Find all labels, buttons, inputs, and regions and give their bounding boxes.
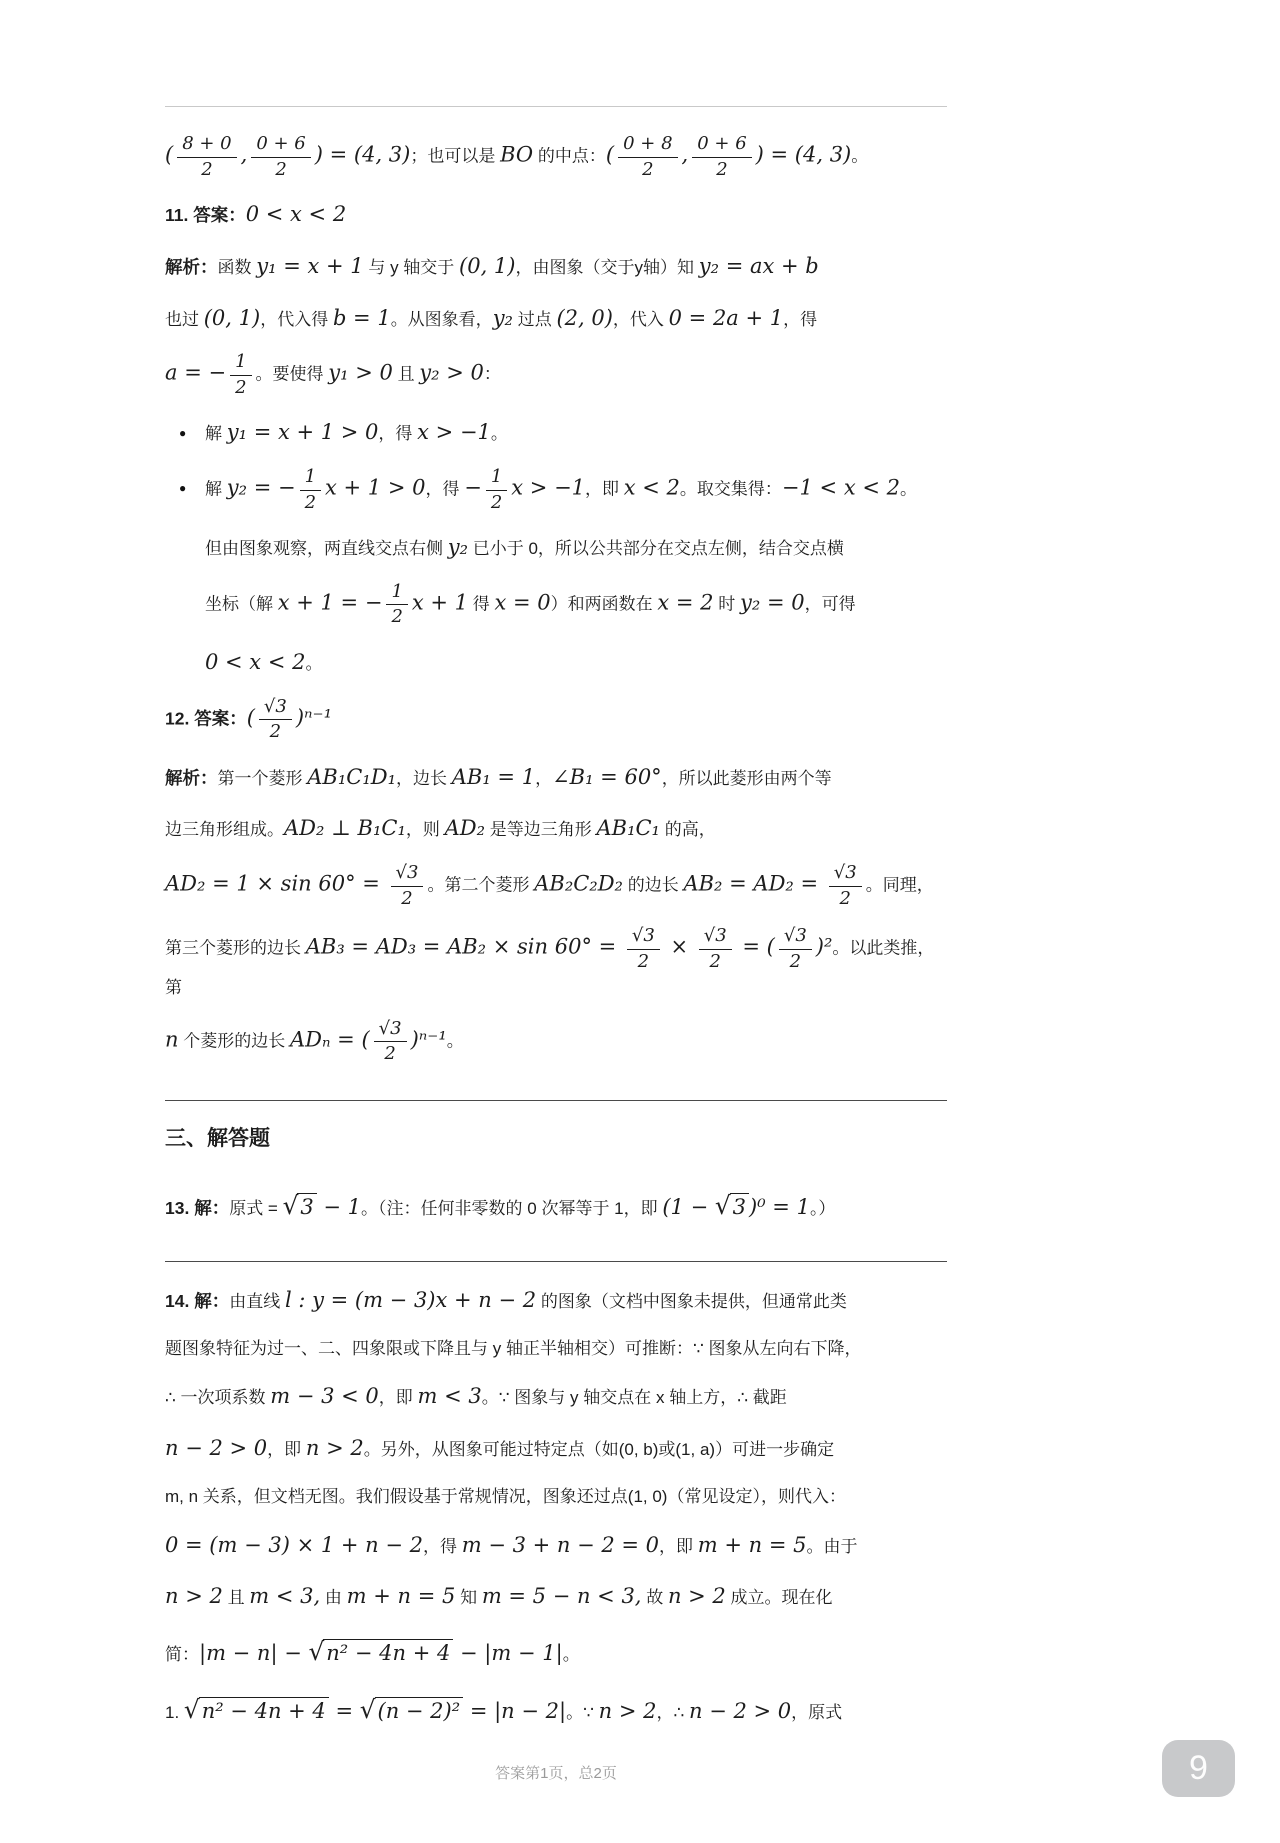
text-run: 解 [205,479,227,498]
math-run: AB₂C₂D₂ [534,871,623,895]
fraction: √32 [259,696,292,744]
document-line: n 个菱形的边长 ADₙ = (√32)ⁿ⁻¹。 [165,1018,947,1066]
radical-icon: √ [379,1018,390,1041]
radical-icon: √ [715,1191,731,1220]
math-run: x < 2 [624,475,680,499]
math-run: m − 3 + n − 2 = 0 [462,1533,659,1557]
text-run: 。由于 [806,1537,857,1556]
fraction: 8 + 02 [177,133,236,181]
math-run: n > 2 [165,1584,223,1608]
math-run: (1 − [662,1195,715,1219]
sqrt-content: 3 [845,862,856,885]
sqrt-content: 3 [730,1193,749,1219]
document-line: 1. √n² − 4n + 4 = √(n − 2)² = |n − 2|。∵ … [165,1688,947,1731]
label-bold: 14. 解： [165,1291,229,1311]
math-run: 0 < x < 2 [205,650,305,674]
text-run: ，得 [425,479,464,498]
radical-icon: √ [834,862,845,885]
document-line: 第三个菱形的边长 AB₃ = AD₃ = AB₂ × sin 60° = √32… [165,925,947,1003]
sqrt-content: n² − 4n + 4 [323,1639,453,1665]
fraction-denominator: 2 [384,1042,395,1066]
document-line: ∴ 一次项系数 m − 3 < 0，即 m < 3。∵ 图象与 y 轴交点在 x… [165,1378,947,1415]
fraction: 12 [300,466,321,514]
text-run: 。 [447,1031,464,1050]
text-run: ，由图象（交于y轴）知 [516,258,699,277]
document-line: AD₂ = 1 × sin 60° = √32。第二个菱形 AB₂C₂D₂ 的边… [165,862,947,910]
text-run: 坐标（解 [205,594,278,613]
fraction: 0 + 82 [618,133,677,181]
fraction: √32 [829,862,862,910]
sqrt-expression: √3 [715,1195,749,1219]
fraction-denominator: 2 [201,158,212,182]
document-line: 解析：第一个菱形 AB₁C₁D₁，边长 AB₁ = 1，∠B₁ = 60°，所以… [165,759,947,796]
fraction: √32 [699,925,732,973]
text-run: 得 [468,594,494,613]
fraction-denominator: 2 [401,887,412,911]
text-run: ，即 [267,1440,306,1459]
math-run: 0 = 2a + 1 [669,306,784,330]
fraction: 12 [486,466,507,514]
text-run: ，代入 [613,310,669,329]
text-run: 个菱形的边长 [179,1031,290,1050]
math-run: AD₂ = 1 × sin 60° = [165,871,387,895]
document-line: ●解 y₁ = x + 1 > 0，得 x > −1。 [165,414,947,451]
sqrt-content: 3 [407,862,418,885]
text-run: ： [484,365,501,384]
text-run: ，即 [585,479,624,498]
fraction-denominator: 2 [840,887,851,911]
sqrt-content: (n − 2)² [375,1697,464,1723]
document-line: 0 = (m − 3) × 1 + n − 2，得 m − 3 + n − 2 … [165,1527,947,1564]
text-run: 函数 [218,258,257,277]
text-run: ，所以此菱形由两个等 [662,769,832,788]
radical-icon: √ [360,1695,376,1724]
text-run: 。 [305,654,322,673]
text-run: 的边长 [623,875,683,894]
math-run: y₁ = x + 1 > 0 [227,420,379,444]
math-run: ADₙ = ( [290,1027,370,1051]
document-line: ●解 y₂ = −12x + 1 > 0，得 −12x > −1，即 x < 2… [165,466,947,514]
fraction-denominator: 2 [235,376,246,400]
document-line: 解析：函数 y₁ = x + 1 与 y 轴交于 (0, 1)，由图象（交于y轴… [165,248,947,285]
math-run: 0 = (m − 3) × 1 + n − 2 [165,1533,423,1557]
sqrt-content: n² − 4n + 4 [199,1697,329,1723]
math-run: = ( [736,934,775,958]
text-run: ，∴ [656,1703,689,1722]
document-line: 11. 答案：0 < x < 2 [165,196,947,233]
document-line: 13. 解：原式 = √3 − 1。（注：任何非零数的 0 次幂等于 1，即 (… [165,1184,947,1227]
sqrt-content: 3 [297,1193,316,1219]
math-run: x + 1 [412,590,468,614]
math-run: x > −1 [511,475,585,499]
document-line: m, n 关系，但文档无图。我们假设基于常规情况，图象还过点(1, 0)（常见设… [165,1482,947,1512]
document-line: n > 2 且 m < 3, 由 m + n = 5 知 m = 5 − n <… [165,1578,947,1615]
radical-icon: √ [264,696,275,719]
text-run: 由 [320,1588,346,1607]
text-run: 成立。现在化 [726,1588,833,1607]
text-run: m, n 关系，但文档无图。我们假设基于常规情况，图象还过点(1, 0)（常见设… [165,1487,846,1506]
text-run: 。 [491,424,508,443]
math-run: ∠B₁ = 60° [552,765,662,789]
math-run: l : y = (m − 3)x + n − 2 [285,1288,536,1312]
fraction-numerator: √3 [779,925,812,950]
math-run: m < 3, [249,1584,320,1608]
text-run: 是等边三角形 [485,820,596,839]
fraction-numerator: 0 + 8 [618,133,677,158]
fraction: √32 [391,862,424,910]
math-run: x + 1 = − [278,590,383,614]
document-body: (8 + 02,0 + 62) = (4, 3)；也可以是 BO 的中点：(0 … [165,106,947,1732]
text-run: ，则 [406,820,445,839]
fraction-numerator: 0 + 6 [251,133,310,158]
math-run: )⁰ = 1 [749,1195,810,1219]
math-run: n > 2 [599,1699,657,1723]
math-run: ( [165,142,173,166]
fraction: 12 [386,581,407,629]
text-run: 。第二个菱形 [427,875,534,894]
sqrt-content: 3 [643,925,654,948]
fraction-numerator: √3 [829,862,862,887]
text-run: 。 [900,479,917,498]
text-run: 与 y 轴交于 [364,258,459,277]
text-run: 。 [563,1645,580,1664]
sqrt-expression: √3 [283,1195,317,1219]
math-run: x = 2 [657,590,713,614]
text-run: 且 [393,365,419,384]
fraction-denominator: 2 [716,158,727,182]
document-content: (8 + 02,0 + 62) = (4, 3)；也可以是 BO 的中点：(0 … [0,0,1280,1843]
text-run: 过点 [513,310,556,329]
fraction: 0 + 62 [692,133,751,181]
math-run: )ⁿ⁻¹ [411,1027,447,1051]
text-run: 的图象（文档中图象未提供，但通常此类 [536,1292,847,1311]
fraction-numerator: 0 + 6 [692,133,751,158]
math-run: y₁ > 0 [328,361,393,385]
label-bold: 11. 答案： [165,205,246,225]
text-run: 已小于 0，所以公共部分在交点左侧，结合交点横 [468,539,844,558]
fraction: √32 [374,1018,407,1066]
page: { "page": { "footer_text": "答案第1页，总2页", … [0,0,1280,1843]
text-run: ，原式 [791,1703,842,1722]
fraction-numerator: √3 [391,862,424,887]
text-run: ， [535,769,552,788]
document-line: 简：|m − n| − √n² − 4n + 4 − |m − 1|。 [165,1630,947,1673]
text-run: 且 [223,1588,249,1607]
sqrt-content: 3 [795,925,806,948]
radical-icon: √ [396,862,407,885]
label-bold: 三、解答题 [165,1127,270,1150]
math-run: = [329,1699,360,1723]
document-line: n − 2 > 0，即 n > 2。另外，从图象可能过特定点（如(0, b)或(… [165,1430,947,1467]
math-run: ) = (4, 3) [315,142,411,166]
text-run: 知 [455,1588,481,1607]
text-run: ，代入得 [260,310,333,329]
text-run: 题图象特征为过一、二、四象限或下降且与 y 轴正半轴相交）可推断：∵ 图象从左向… [165,1339,861,1358]
fraction-numerator: √3 [374,1018,407,1043]
text-run: 的高， [660,820,716,839]
math-run: n [165,1027,179,1051]
divider [165,1100,947,1101]
text-run: ，可得 [805,594,856,613]
label-bold: 解析： [165,768,218,788]
text-run: 也过 [165,310,204,329]
label-bold: 13. 解： [165,1198,229,1218]
math-run: a = − [165,361,226,385]
math-run: = |n − 2| [463,1699,566,1723]
text-run: 。∵ 图象与 y 轴交点在 x 轴上方，∴ 截距 [482,1388,787,1407]
text-run: ∴ 一次项系数 [165,1388,270,1407]
fraction-denominator: 2 [790,950,801,974]
radical-icon: √ [283,1191,299,1220]
fraction-numerator: √3 [627,925,660,950]
page-footer: 答案第1页，总2页 [165,1762,947,1843]
text-run: 。取交集得： [680,479,782,498]
radical-icon: √ [704,925,715,948]
sqrt-expression: √n² − 4n + 4 [308,1641,453,1665]
label-bold: 解析： [165,257,218,277]
text-run: 原式 = [229,1199,282,1218]
text-run: ，即 [659,1537,698,1556]
fraction-numerator: 1 [230,351,251,376]
math-run: y₂ [493,306,513,330]
math-run: AD₂ [445,816,485,840]
fraction: 12 [230,351,251,399]
text-run: 的中点： [533,146,606,165]
math-run: (0, 1) [204,306,260,330]
text-run: ，得 [423,1537,462,1556]
math-run: BO [500,142,533,166]
math-run: m < 3 [418,1384,482,1408]
document-line: a = −12。要使得 y₁ > 0 且 y₂ > 0： [165,351,947,399]
document-line: 也过 (0, 1)，代入得 b = 1。从图象看，y₂ 过点 (2, 0)，代入… [165,300,947,337]
text-run: ，得 [378,424,417,443]
math-run: × [664,934,695,958]
document-line: 0 < x < 2。 [165,644,947,681]
document-line: (8 + 02,0 + 62) = (4, 3)；也可以是 BO 的中点：(0 … [165,133,947,181]
math-run: ( [247,705,255,729]
math-run: n − 2 > 0 [165,1436,267,1460]
text-run: ，边长 [396,769,452,788]
fraction-denominator: 2 [275,158,286,182]
fraction-numerator: 1 [300,466,321,491]
radical-icon: √ [784,925,795,948]
text-run: 第一个菱形 [218,769,308,788]
text-run: ，得 [783,310,817,329]
fraction-denominator: 2 [638,950,649,974]
math-run: , [682,142,689,166]
math-run: n > 2 [668,1584,726,1608]
text-run: 边三角形组成。 [165,820,284,839]
math-run: ( [606,142,614,166]
fraction-numerator: √3 [699,925,732,950]
page-number-badge: 9 [1162,1740,1235,1797]
math-run: y₂ = − [227,475,296,499]
fraction: √32 [627,925,660,973]
math-run: AB₁C₁ [596,816,660,840]
text-run: 简： [165,1645,199,1664]
math-run: AB₂ = AD₂ = [683,871,824,895]
math-run: b = 1 [333,306,391,330]
fraction: 0 + 62 [251,133,310,181]
math-run: m − 3 < 0 [270,1384,379,1408]
math-run: y₂ = 0 [740,590,805,614]
math-run: m = 5 − n < 3, [482,1584,642,1608]
divider [165,1261,947,1262]
fraction-denominator: 2 [391,605,402,629]
math-run: 0 < x < 2 [246,202,346,226]
math-run: n − 2 > 0 [689,1699,791,1723]
text-run: ；也可以是 [410,146,500,165]
math-run: (0, 1) [459,254,515,278]
radical-icon: √ [184,1695,200,1724]
math-run: )² [816,934,833,958]
document-line: 坐标（解 x + 1 = −12x + 1 得 x = 0）和两函数在 x = … [165,581,947,629]
math-run: AB₁ = 1 [452,765,535,789]
math-run: y₁ = x + 1 [256,254,363,278]
math-run: x = 0 [495,590,551,614]
text-run: 时 [714,594,740,613]
text-run: 1. [165,1703,184,1722]
label-bold: 12. 答案： [165,708,247,728]
math-run: x > −1 [417,420,491,444]
math-run: (2, 0) [556,306,612,330]
text-run: 故 [642,1588,668,1607]
sqrt-expression: √(n − 2)² [360,1699,463,1723]
fraction: √32 [779,925,812,973]
math-run: , [241,142,248,166]
math-run: m + n = 5 [347,1584,456,1608]
document-line: 题图象特征为过一、二、四象限或下降且与 y 轴正半轴相交）可推断：∵ 图象从左向… [165,1334,947,1364]
math-run: n > 2 [306,1436,364,1460]
text-run: 。另外，从图象可能过特定点（如(0, b)或(1, a)）可进一步确定 [364,1440,834,1459]
radical-icon: √ [632,925,643,948]
text-run: ，即 [379,1388,418,1407]
text-run: 。从图象看， [391,310,493,329]
section-heading: 三、解答题 [165,1121,947,1158]
math-run: ) = (4, 3) [756,142,852,166]
text-run: 。要使得 [256,365,329,384]
text-run: 。（注：任何非零数的 0 次幂等于 1，即 [361,1199,662,1218]
document-line: 但由图象观察，两直线交点右侧 y₂ 已小于 0，所以公共部分在交点左侧，结合交点… [165,529,947,566]
fraction-denominator: 2 [270,720,281,744]
sqrt-expression: √n² − 4n + 4 [184,1699,329,1723]
math-run: |m − n| − [199,1641,308,1665]
fraction-denominator: 2 [710,950,721,974]
text-run: ）和两函数在 [551,594,658,613]
fraction-denominator: 2 [642,158,653,182]
text-run: 由直线 [229,1292,285,1311]
text-run: 但由图象观察，两直线交点右侧 [205,539,448,558]
math-run: m + n = 5 [698,1533,807,1557]
text-run: 第三个菱形的边长 [165,938,306,957]
fraction-numerator: 1 [386,581,407,606]
math-run: −1 < x < 2 [782,475,900,499]
text-run: 解 [205,424,227,443]
math-run: − 1 [317,1195,361,1219]
math-run: )ⁿ⁻¹ [296,705,332,729]
document-line: 边三角形组成。AD₂ ⊥ B₁C₁，则 AD₂ 是等边三角形 AB₁C₁ 的高， [165,810,947,847]
text-run: 。∵ [566,1703,599,1722]
math-run: AD₂ ⊥ B₁C₁ [284,816,406,840]
math-run: x + 1 > 0 [325,475,425,499]
math-run: y₂ > 0 [419,361,484,385]
sqrt-content: 3 [390,1018,401,1041]
fraction-denominator: 2 [305,491,316,515]
text-run: 。同理， [866,875,934,894]
radical-icon: √ [308,1637,324,1666]
fraction-denominator: 2 [491,491,502,515]
divider [165,106,947,107]
fraction-numerator: 8 + 0 [177,133,236,158]
document-line: 14. 解：由直线 l : y = (m − 3)x + n − 2 的图象（文… [165,1282,947,1319]
sqrt-content: 3 [275,696,286,719]
math-run: y₂ = ax + b [699,254,819,278]
math-run: y₂ [448,535,468,559]
fraction-numerator: 1 [486,466,507,491]
math-run: AB₁C₁D₁ [307,765,396,789]
text-run: 。） [810,1199,836,1218]
bullet-icon: ● [179,423,205,444]
text-run: 。 [851,146,868,165]
bullet-icon: ● [179,478,205,499]
math-run: − [464,475,482,499]
math-run: − |m − 1| [453,1641,562,1665]
sqrt-content: 3 [715,925,726,948]
math-run: AB₃ = AD₃ = AB₂ × sin 60° = [306,934,623,958]
fraction-numerator: √3 [259,696,292,721]
document-line: 12. 答案：(√32)ⁿ⁻¹ [165,696,947,744]
